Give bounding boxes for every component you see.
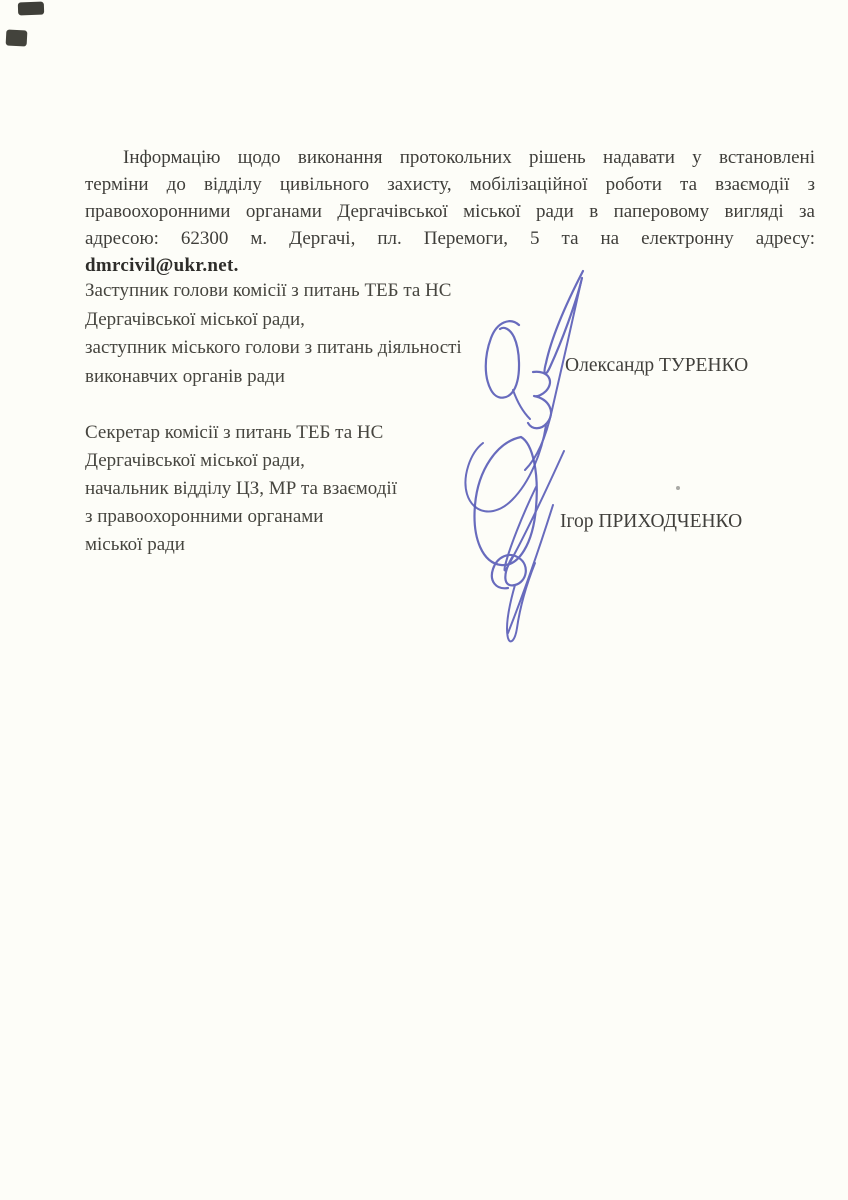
email-address: dmrcivil@ukr.net. <box>85 252 815 279</box>
title-line: заступник міського голови з питань діяль… <box>85 334 515 363</box>
signatory-title-block: Секретар комісії з питань ТЕБ та НС Дерг… <box>85 419 515 559</box>
paragraph-line: правоохоронними органами Дергачівської м… <box>85 198 815 225</box>
body-paragraph: Інформацію щодо виконання протокольних р… <box>85 144 815 279</box>
paragraph-line: терміни до відділу цивільного захисту, м… <box>85 171 815 198</box>
title-line: з правоохоронними органами <box>85 503 515 531</box>
scan-artifact-mark <box>18 2 44 16</box>
title-line: начальник відділу ЦЗ, МР та взаємодії <box>85 475 515 503</box>
title-line: міської ради <box>85 531 515 559</box>
title-line: Заступник голови комісії з питань ТЕБ та… <box>85 277 515 306</box>
title-line: Дергачівської міської ради, <box>85 306 515 335</box>
title-line: Секретар комісії з питань ТЕБ та НС <box>85 419 515 447</box>
signatory-title-block: Заступник голови комісії з питань ТЕБ та… <box>85 277 515 391</box>
title-line: виконавчих органів ради <box>85 363 515 392</box>
signatory-name: Ігор ПРИХОДЧЕНКО <box>560 511 742 533</box>
scan-speck <box>676 486 680 490</box>
signatory-name: Олександр ТУРЕНКО <box>565 355 748 377</box>
paragraph-line: адресою: 62300 м. Дергачі, пл. Перемоги,… <box>85 225 815 252</box>
scan-artifact-mark <box>6 29 28 46</box>
paragraph-line: Інформацію щодо виконання протокольних р… <box>85 144 815 171</box>
title-line: Дергачівської міської ради, <box>85 447 515 475</box>
scanned-document-page: Інформацію щодо виконання протокольних р… <box>0 0 848 1200</box>
